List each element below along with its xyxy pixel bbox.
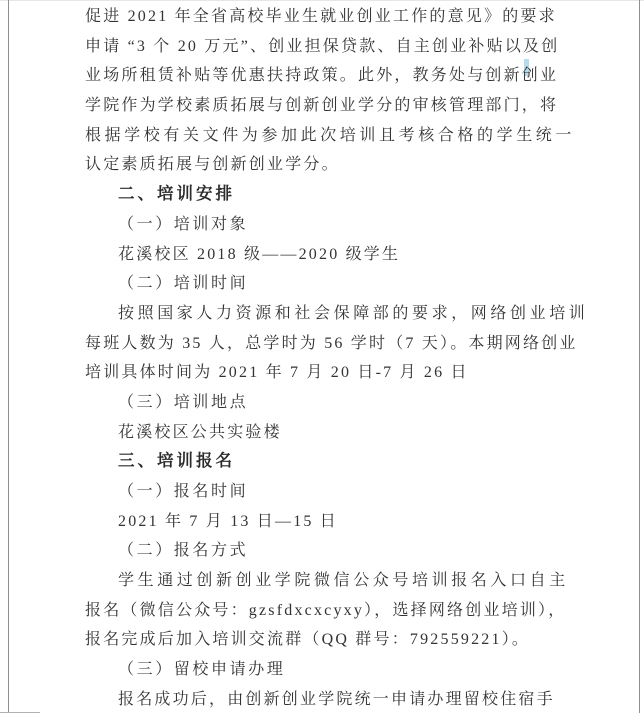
page-left-edge [8,0,9,713]
page-right-edge [639,0,640,713]
document-line: （三）留校申请办理 [85,655,565,685]
document-line: 2021 年 7 月 13 日—15 日 [85,507,565,537]
document-body: 促进 2021 年全省高校毕业生就业创业工作的意见》的要求申请 “3 个 20 … [85,2,565,713]
page-top-edge [0,0,644,1]
document-line: 报名（微信公众号：gzsfdxcxcyxy），选择网络创业培训）， [85,596,565,626]
section-heading: 二、培训安排 [85,180,565,210]
document-line: （二）报名方式 [85,536,565,566]
document-line: 申请 “3 个 20 万元”、创业担保贷款、自主创业补贴以及创 [85,32,565,62]
document-line: （二）培训时间 [85,269,565,299]
document-line: 按照国家人力资源和社会保障部的要求，网络创业培训 [85,299,565,329]
document-line: 报名成功后，由创新创业学院统一申请办理留校住宿手 [85,685,565,713]
document-line: 每班人数为 35 人，总学时为 56 学时（7 天）。本期网络创业 [85,329,565,359]
document-line: 学生通过创新创业学院微信公众号培训报名入口自主 [85,566,565,596]
document-line: 促进 2021 年全省高校毕业生就业创业工作的意见》的要求 [85,2,565,32]
document-line: （一）报名时间 [85,477,565,507]
document-line: 培训具体时间为 2021 年 7 月 20 日-7 月 26 日 [85,358,565,388]
document-line: 认定素质拓展与创新创业学分。 [85,150,565,180]
document-line: 花溪校区公共实验楼 [85,418,565,448]
document-line: 学院作为学校素质拓展与创新创业学分的审核管理部门，将 [85,91,565,121]
document-line: （三）培训地点 [85,388,565,418]
section-heading: 三、培训报名 [85,447,565,477]
document-line: 业场所租赁补贴等优惠扶持政策。此外，教务处与创新创业 [85,61,565,91]
document-line: 报名完成后加入培训交流群（QQ 群号：792559221）。 [85,625,565,655]
document-line: 花溪校区 2018 级——2020 级学生 [85,240,565,270]
document-line: （一）培训对象 [85,210,565,240]
document-line: 根据学校有关文件为参加此次培训且考核合格的学生统一 [85,121,565,151]
document-page: 促进 2021 年全省高校毕业生就业创业工作的意见》的要求申请 “3 个 20 … [0,0,644,713]
